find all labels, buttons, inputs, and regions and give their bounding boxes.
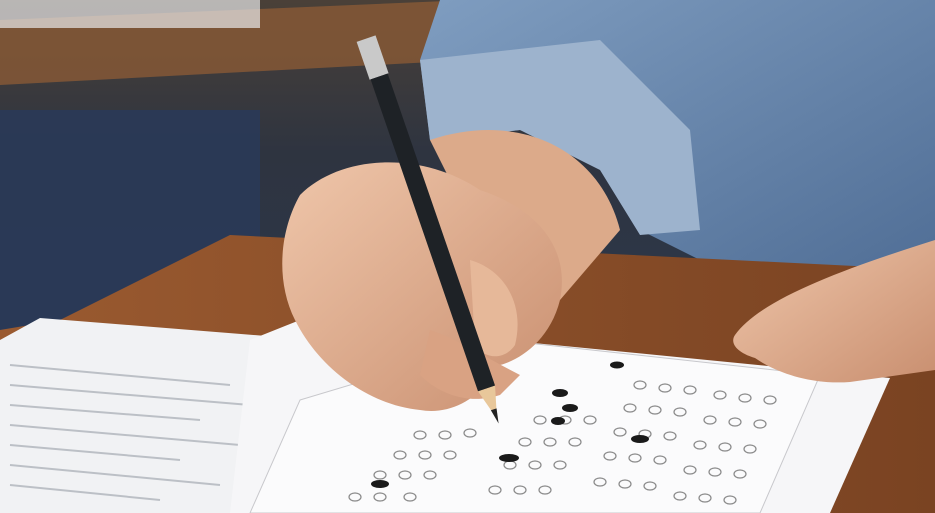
photo-scene [0,0,935,513]
background-paper [0,0,260,28]
